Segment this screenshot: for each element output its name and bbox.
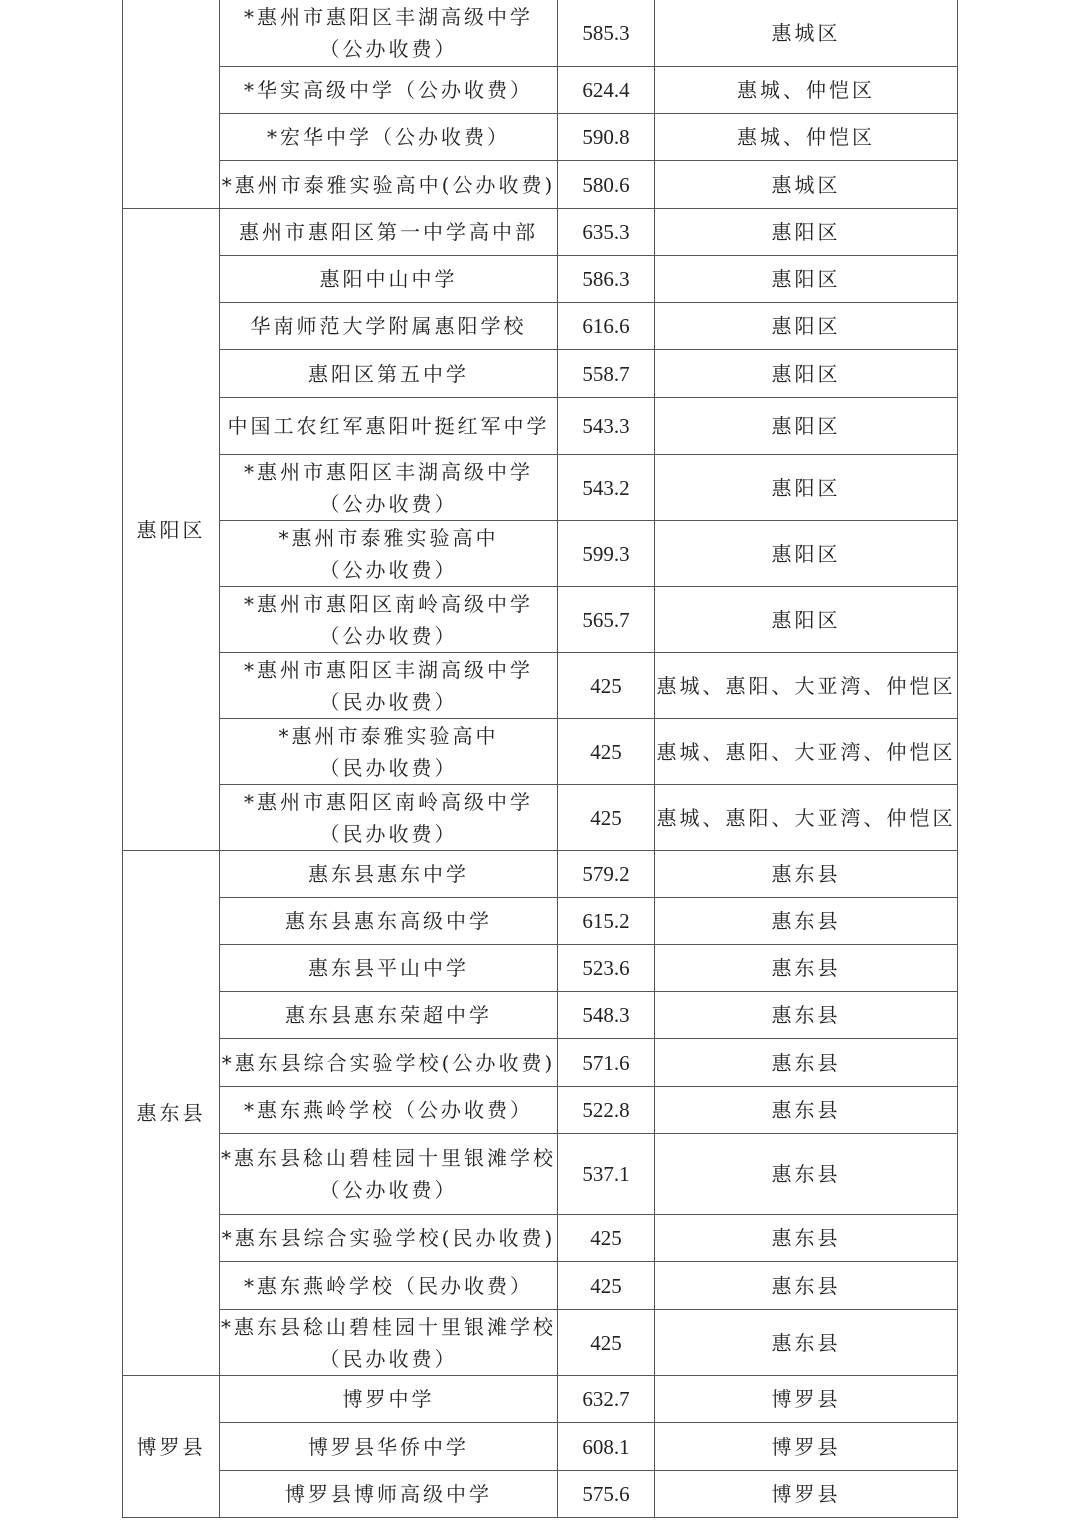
school-name-line: *惠东县综合实验学校(公办收费): [220, 1047, 557, 1079]
table-row: 惠东县惠东县惠东中学579.2惠东县: [123, 851, 958, 898]
score-cell: 425: [558, 653, 655, 719]
enrollment-area-cell: 惠城、仲恺区: [655, 114, 958, 161]
enrollment-area-cell: 惠阳区: [655, 455, 958, 521]
enrollment-area-cell: 惠东县: [655, 1262, 958, 1310]
school-name-cell: 惠东县惠东荣超中学: [220, 992, 558, 1039]
enrollment-area-cell: 惠阳区: [655, 398, 958, 455]
score-cell: 580.6: [558, 161, 655, 209]
school-name-line: 惠东县惠东高级中学: [220, 905, 557, 937]
score-cell: 624.4: [558, 67, 655, 114]
score-cell: 608.1: [558, 1423, 655, 1471]
school-name-line: 惠阳区第五中学: [220, 358, 557, 390]
score-cell: 635.3: [558, 209, 655, 256]
school-name-cell: 中国工农红军惠阳叶挺红军中学: [220, 398, 558, 455]
score-cell: 599.3: [558, 521, 655, 587]
school-name-cell: *华实高级中学（公办收费）: [220, 67, 558, 114]
score-cell: 425: [558, 1310, 655, 1376]
enrollment-area-cell: 惠阳区: [655, 587, 958, 653]
enrollment-area-cell: 惠阳区: [655, 350, 958, 398]
school-name-cell: *惠州市惠阳区南岭高级中学（公办收费）: [220, 587, 558, 653]
school-name-cell: 惠东县惠东高级中学: [220, 898, 558, 945]
table-row: 惠东县惠东荣超中学548.3惠东县: [123, 992, 958, 1039]
school-name-cell: 惠阳区第五中学: [220, 350, 558, 398]
school-name-line: *惠州市泰雅实验高中(公办收费): [220, 169, 557, 201]
school-name-cell: *惠州市惠阳区丰湖高级中学（公办收费）: [220, 0, 558, 67]
school-name-cell: 惠州市惠阳区第一中学高中部: [220, 209, 558, 256]
school-name-cell: *惠东燕岭学校（公办收费）: [220, 1087, 558, 1134]
school-name-line: （民办收费）: [220, 752, 557, 784]
enrollment-area-cell: 惠城、惠阳、大亚湾、仲恺区: [655, 719, 958, 785]
school-name-line: *惠东县综合实验学校(民办收费): [220, 1222, 557, 1254]
table-row: *惠东燕岭学校（民办收费）425惠东县: [123, 1262, 958, 1310]
table-row: 惠阳区惠州市惠阳区第一中学高中部635.3惠阳区: [123, 209, 958, 256]
school-name-line: 博罗中学: [220, 1383, 557, 1415]
school-name-line: （公办收费）: [220, 33, 557, 65]
score-cell: 523.6: [558, 945, 655, 992]
enrollment-area-cell: 惠阳区: [655, 256, 958, 303]
school-name-cell: 惠东县惠东中学: [220, 851, 558, 898]
table-row: *惠州市泰雅实验高中(公办收费)580.6惠城区: [123, 161, 958, 209]
school-name-line: 惠东县平山中学: [220, 952, 557, 984]
school-name-line: （民办收费）: [220, 1343, 557, 1375]
enrollment-area-cell: 惠东县: [655, 1087, 958, 1134]
score-cell: 615.2: [558, 898, 655, 945]
enrollment-area-cell: 惠城、惠阳、大亚湾、仲恺区: [655, 785, 958, 851]
school-name-cell: 博罗县博师高级中学: [220, 1471, 558, 1518]
table-row: *惠州市惠阳区南岭高级中学（民办收费）425惠城、惠阳、大亚湾、仲恺区: [123, 785, 958, 851]
score-cell: 425: [558, 719, 655, 785]
score-cell: 425: [558, 1262, 655, 1310]
score-cell: 537.1: [558, 1134, 655, 1215]
school-name-cell: 博罗县华侨中学: [220, 1423, 558, 1471]
school-name-cell: *惠东县综合实验学校(公办收费): [220, 1039, 558, 1087]
school-name-line: （民办收费）: [220, 818, 557, 850]
enrollment-area-cell: 惠东县: [655, 992, 958, 1039]
score-cell: 558.7: [558, 350, 655, 398]
school-name-line: *惠州市惠阳区南岭高级中学: [220, 786, 557, 818]
enrollment-area-cell: 惠城、仲恺区: [655, 67, 958, 114]
school-name-line: （民办收费）: [220, 686, 557, 718]
school-name-line: 惠东县惠东荣超中学: [220, 999, 557, 1031]
school-name-line: （公办收费）: [220, 488, 557, 520]
score-cell: 586.3: [558, 256, 655, 303]
enrollment-area-cell: 博罗县: [655, 1376, 958, 1423]
school-name-line: *惠东燕岭学校（民办收费）: [220, 1270, 557, 1302]
school-name-line: （公办收费）: [220, 1174, 557, 1206]
enrollment-area-cell: 惠东县: [655, 898, 958, 945]
table-row: *惠东县综合实验学校(民办收费)425惠东县: [123, 1215, 958, 1262]
school-name-line: 中国工农红军惠阳叶挺红军中学: [220, 410, 557, 442]
school-name-cell: *宏华中学（公办收费）: [220, 114, 558, 161]
score-cell: 425: [558, 1215, 655, 1262]
table-row: *惠州市泰雅实验高中（民办收费）425惠城、惠阳、大亚湾、仲恺区: [123, 719, 958, 785]
school-name-cell: *惠州市惠阳区丰湖高级中学（民办收费）: [220, 653, 558, 719]
score-cell: 522.8: [558, 1087, 655, 1134]
school-name-line: *惠东县稔山碧桂园十里银滩学校: [220, 1142, 557, 1174]
table-row: *惠东县稔山碧桂园十里银滩学校（民办收费）425惠东县: [123, 1310, 958, 1376]
school-name-line: *惠州市惠阳区南岭高级中学: [220, 588, 557, 620]
district-cell: 惠阳区: [123, 209, 220, 851]
school-name-line: 惠阳中山中学: [220, 263, 557, 295]
table-row: 博罗县华侨中学608.1博罗县: [123, 1423, 958, 1471]
school-name-cell: 华南师范大学附属惠阳学校: [220, 303, 558, 350]
enrollment-area-cell: 惠东县: [655, 1134, 958, 1215]
school-name-cell: *惠东燕岭学校（民办收费）: [220, 1262, 558, 1310]
enrollment-area-cell: 博罗县: [655, 1423, 958, 1471]
table-row: *惠州市惠阳区丰湖高级中学（公办收费）543.2惠阳区: [123, 455, 958, 521]
score-cell: 616.6: [558, 303, 655, 350]
score-cell: 543.2: [558, 455, 655, 521]
score-cell: 575.6: [558, 1471, 655, 1518]
admission-score-table: *惠州市惠阳区丰湖高级中学（公办收费）585.3惠城区*华实高级中学（公办收费）…: [122, 0, 958, 1518]
school-name-cell: *惠州市惠阳区南岭高级中学（民办收费）: [220, 785, 558, 851]
score-cell: 543.3: [558, 398, 655, 455]
table-row: *惠东县综合实验学校(公办收费)571.6惠东县: [123, 1039, 958, 1087]
school-name-line: *惠州市泰雅实验高中: [220, 720, 557, 752]
score-cell: 548.3: [558, 992, 655, 1039]
score-cell: 632.7: [558, 1376, 655, 1423]
school-name-line: （公办收费）: [220, 554, 557, 586]
school-name-line: 华南师范大学附属惠阳学校: [220, 310, 557, 342]
school-name-line: *惠州市泰雅实验高中: [220, 522, 557, 554]
enrollment-area-cell: 惠阳区: [655, 521, 958, 587]
table-row: 惠阳中山中学586.3惠阳区: [123, 256, 958, 303]
table-row: *惠州市惠阳区丰湖高级中学（公办收费）585.3惠城区: [123, 0, 958, 67]
score-cell: 585.3: [558, 0, 655, 67]
table-row: 华南师范大学附属惠阳学校616.6惠阳区: [123, 303, 958, 350]
table-row: *惠州市泰雅实验高中（公办收费）599.3惠阳区: [123, 521, 958, 587]
score-cell: 571.6: [558, 1039, 655, 1087]
score-cell: 590.8: [558, 114, 655, 161]
school-name-line: *惠州市惠阳区丰湖高级中学: [220, 654, 557, 686]
table-row: *惠东燕岭学校（公办收费）522.8惠东县: [123, 1087, 958, 1134]
enrollment-area-cell: 惠阳区: [655, 303, 958, 350]
school-name-cell: 惠阳中山中学: [220, 256, 558, 303]
table-row: *惠州市惠阳区丰湖高级中学（民办收费）425惠城、惠阳、大亚湾、仲恺区: [123, 653, 958, 719]
school-name-line: 惠东县惠东中学: [220, 858, 557, 890]
school-name-cell: *惠东县综合实验学校(民办收费): [220, 1215, 558, 1262]
school-name-cell: *惠东县稔山碧桂园十里银滩学校（公办收费）: [220, 1134, 558, 1215]
table-row: *华实高级中学（公办收费）624.4惠城、仲恺区: [123, 67, 958, 114]
enrollment-area-cell: 惠城区: [655, 161, 958, 209]
school-name-line: 博罗县博师高级中学: [220, 1478, 557, 1510]
district-cell: 惠东县: [123, 851, 220, 1376]
school-name-line: 惠州市惠阳区第一中学高中部: [220, 216, 557, 248]
district-cell: [123, 0, 220, 209]
enrollment-area-cell: 惠阳区: [655, 209, 958, 256]
district-cell: 博罗县: [123, 1376, 220, 1518]
enrollment-area-cell: 博罗县: [655, 1471, 958, 1518]
table-body: *惠州市惠阳区丰湖高级中学（公办收费）585.3惠城区*华实高级中学（公办收费）…: [123, 0, 958, 1518]
enrollment-area-cell: 惠东县: [655, 1310, 958, 1376]
score-cell: 579.2: [558, 851, 655, 898]
table-row: 博罗县博罗中学632.7博罗县: [123, 1376, 958, 1423]
enrollment-area-cell: 惠东县: [655, 1039, 958, 1087]
score-cell: 425: [558, 785, 655, 851]
table-row: 惠东县平山中学523.6惠东县: [123, 945, 958, 992]
enrollment-area-cell: 惠东县: [655, 1215, 958, 1262]
school-name-cell: 博罗中学: [220, 1376, 558, 1423]
table-row: 博罗县博师高级中学575.6博罗县: [123, 1471, 958, 1518]
score-cell: 565.7: [558, 587, 655, 653]
school-name-cell: *惠州市泰雅实验高中（公办收费）: [220, 521, 558, 587]
school-name-line: *惠州市惠阳区丰湖高级中学: [220, 456, 557, 488]
school-name-cell: *惠州市惠阳区丰湖高级中学（公办收费）: [220, 455, 558, 521]
table-row: *宏华中学（公办收费）590.8惠城、仲恺区: [123, 114, 958, 161]
school-name-cell: *惠州市泰雅实验高中(公办收费): [220, 161, 558, 209]
enrollment-area-cell: 惠城、惠阳、大亚湾、仲恺区: [655, 653, 958, 719]
enrollment-area-cell: 惠东县: [655, 945, 958, 992]
school-name-cell: *惠州市泰雅实验高中（民办收费）: [220, 719, 558, 785]
table-row: 惠阳区第五中学558.7惠阳区: [123, 350, 958, 398]
table-row: 中国工农红军惠阳叶挺红军中学543.3惠阳区: [123, 398, 958, 455]
school-name-line: 博罗县华侨中学: [220, 1431, 557, 1463]
enrollment-area-cell: 惠东县: [655, 851, 958, 898]
school-name-line: *华实高级中学（公办收费）: [220, 74, 557, 106]
school-name-cell: *惠东县稔山碧桂园十里银滩学校（民办收费）: [220, 1310, 558, 1376]
school-name-cell: 惠东县平山中学: [220, 945, 558, 992]
school-name-line: *惠东燕岭学校（公办收费）: [220, 1094, 557, 1126]
school-name-line: *惠州市惠阳区丰湖高级中学: [220, 1, 557, 33]
table-row: 惠东县惠东高级中学615.2惠东县: [123, 898, 958, 945]
school-name-line: （公办收费）: [220, 620, 557, 652]
table-row: *惠州市惠阳区南岭高级中学（公办收费）565.7惠阳区: [123, 587, 958, 653]
school-name-line: *惠东县稔山碧桂园十里银滩学校: [220, 1311, 557, 1343]
enrollment-area-cell: 惠城区: [655, 0, 958, 67]
school-name-line: *宏华中学（公办收费）: [220, 121, 557, 153]
table-row: *惠东县稔山碧桂园十里银滩学校（公办收费）537.1惠东县: [123, 1134, 958, 1215]
